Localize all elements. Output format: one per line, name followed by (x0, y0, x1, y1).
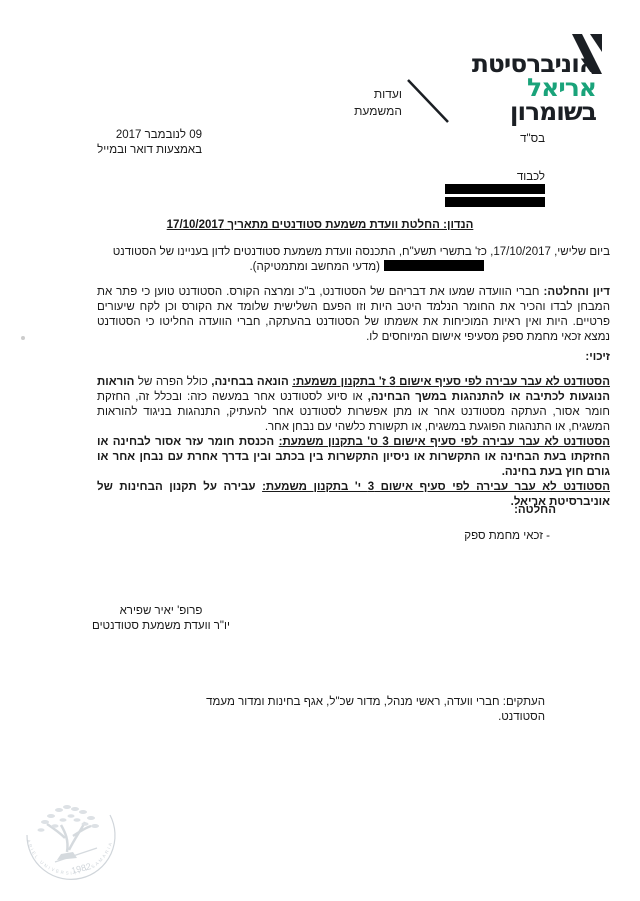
signatory-title: יו"ר וועדת משמעת סטודנטים (88, 619, 234, 634)
charge-lead: הסטודנט לא עבר עבירה לפי סעיף אישום 3 ז'… (292, 376, 610, 388)
university-seal-watermark-icon: ARIEL UNIVERSITY • SAMARIA 1982 (15, 780, 125, 890)
charge-text: כולל הפרה של (134, 376, 211, 388)
bsd-mark: בס"ד (520, 132, 545, 147)
committee-line-1: ועדות (342, 86, 402, 103)
intro-line-2: (מדעי המחשב ומתמטיקה). (97, 260, 610, 275)
letter-date: 09 לנובמבר 2017 (90, 128, 202, 143)
redacted-student-name (384, 260, 484, 271)
delivery-method: באמצעות דואר ובמייל (90, 143, 202, 158)
discussion-text: חברי הוועדה שמעו את דבריהם של הסטודנט, ב… (97, 286, 610, 343)
charge-item: הסטודנט לא עבר עבירה לפי סעיף אישום 3 ז'… (97, 375, 610, 435)
recipient-label: לכבוד (517, 170, 545, 185)
signature-block: פרופ' יאיר שפירא יו"ר וועדת משמעת סטודנט… (88, 604, 234, 634)
discussion-label: דיון והחלטה: (544, 286, 611, 298)
intro-paragraph: ביום שלישי, 17/10/2017, כז' בתשרי תשע"ח,… (97, 245, 610, 275)
scan-speck (21, 336, 25, 340)
intro-line-1: ביום שלישי, 17/10/2017, כז' בתשרי תשע"ח,… (97, 245, 610, 260)
committee-name: ועדות המשמעת (342, 86, 402, 120)
letter-subject: הנדון: החלטת וועדת משמעת סטודנטים מתאריך… (150, 219, 490, 231)
decision-heading: החלטה: (514, 503, 556, 518)
logo-line-3: בשומרון (436, 100, 596, 124)
charge-lead: הסטודנט לא עבר עבירה לפי סעיף אישום 3 ט'… (279, 436, 610, 448)
acquittal-charges: הסטודנט לא עבר עבירה לפי סעיף אישום 3 ז'… (97, 375, 610, 510)
letter-date-block: 09 לנובמבר 2017 באמצעות דואר ובמייל (90, 128, 202, 158)
discussion-paragraph: דיון והחלטה: חברי הוועדה שמעו את דבריהם … (97, 285, 610, 345)
university-logo-text: אוניברסיטת אריאל בשומרון (436, 52, 596, 124)
charge-item: הסטודנט לא עבר עבירה לפי סעיף אישום 3 ט'… (97, 435, 610, 480)
charge-bold: הונאה בבחינה, (211, 376, 288, 388)
charge-lead: הסטודנט לא עבר עבירה לפי סעיף אישום 3 י'… (262, 481, 610, 493)
acquittal-heading: זיכוי: (585, 350, 610, 365)
signatory-name: פרופ' יאיר שפירא (88, 604, 234, 619)
redacted-recipient-address (445, 197, 545, 207)
redacted-recipient-name (445, 184, 545, 194)
intro-department: (מדעי המחשב ומתמטיקה). (249, 261, 380, 273)
committee-divider-icon (406, 78, 450, 124)
committee-line-2: המשמעת (342, 103, 402, 120)
decision-item: - זכאי מחמת ספק (464, 529, 550, 544)
seal-year: 1982 (70, 861, 92, 876)
cc-list: העתקים: חברי וועדה, ראשי מנהל, מדור שכ"ל… (190, 695, 545, 725)
